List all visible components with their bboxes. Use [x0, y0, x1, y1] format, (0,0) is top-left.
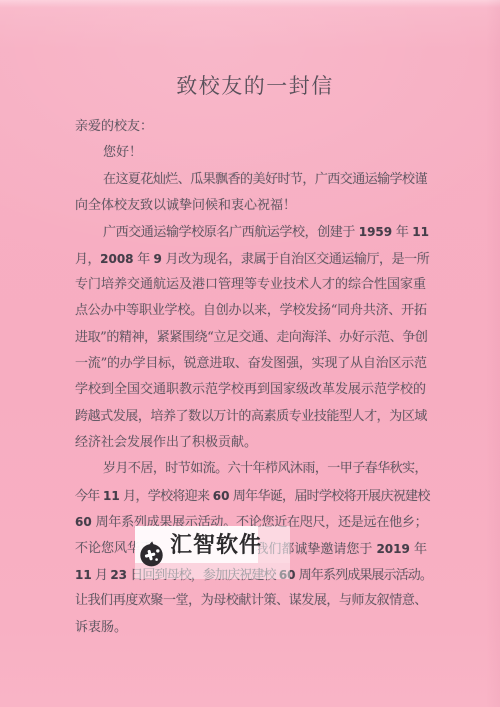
letter-line: 在这夏花灿烂、瓜果飘香的美好时节，广西交通运输学校谨: [75, 167, 427, 193]
letter-line: 专门培养交通航运及港口管理等专业技术人才的综合性国家重: [75, 272, 427, 298]
letter-line: 跨越式发展，培养了数以万计的高素质专业技能型人才，为区域: [75, 404, 427, 430]
letter-line: 诉衷肠。: [75, 615, 427, 641]
bold-number: 9: [153, 252, 161, 266]
bold-number: 11: [412, 225, 429, 239]
letter-paper: 致校友的一封信 亲爱的校友：您好！在这夏花灿烂、瓜果飘香的美好时节，广西交通运输…: [0, 0, 500, 707]
bold-number: 2008: [100, 252, 133, 266]
letter-line: 您好！: [75, 140, 427, 166]
bold-number: 2019: [376, 542, 409, 556]
bold-number: 60: [75, 515, 92, 529]
watermark-backdrop: [258, 526, 290, 563]
huizhi-logo-icon: [139, 541, 164, 571]
letter-line: 一流”的办学目标，锐意进取、奋发图强，实现了从自治区示范: [75, 351, 427, 377]
letter-title: 致校友的一封信: [5, 70, 500, 100]
letter-line: 进取”的精神，紧紧围绕“立足交通、走向海洋、办好示范、争创: [75, 325, 427, 351]
watermark-label: 汇智软件: [170, 533, 262, 557]
bold-number: 11: [75, 568, 92, 582]
letter-line: 月，2008 年 9 月改为现名，隶属于自治区交通运输厅，是一所: [75, 246, 427, 272]
letter-line: 广西交通运输学校原名广西航运学校，创建于 1959 年 11: [75, 219, 427, 245]
watermark-brand: 汇智软件: [139, 533, 262, 571]
bold-number: 11: [103, 489, 120, 503]
letter-line: 学校到全国交通职教示范学校再到国家级改革发展示范学校的: [75, 377, 427, 403]
letter-line: 亲爱的校友：: [75, 114, 427, 140]
letter-line: 向全体校友致以诚挚问候和衷心祝福！: [75, 193, 427, 219]
bold-number: 60: [213, 489, 230, 503]
letter-line: 经济社会发展作出了积极贡献。: [75, 430, 427, 456]
bold-number: 1959: [359, 225, 392, 239]
bold-number: 23: [110, 568, 127, 582]
letter-line: 点公办中等职业学校。自创办以来，学校发扬“同舟共济、开拓: [75, 298, 427, 324]
letter-line: 让我们再度欢聚一堂，为母校献计策、谋发展，与师友叙情意、: [75, 588, 427, 614]
letter-line: 今年 11 月，学校将迎来 60 周年华诞，届时学校将开展庆祝建校: [75, 483, 427, 509]
letter-line: 岁月不居，时节如流。六十年栉风沐雨，一甲子春华秋实，: [75, 456, 427, 482]
